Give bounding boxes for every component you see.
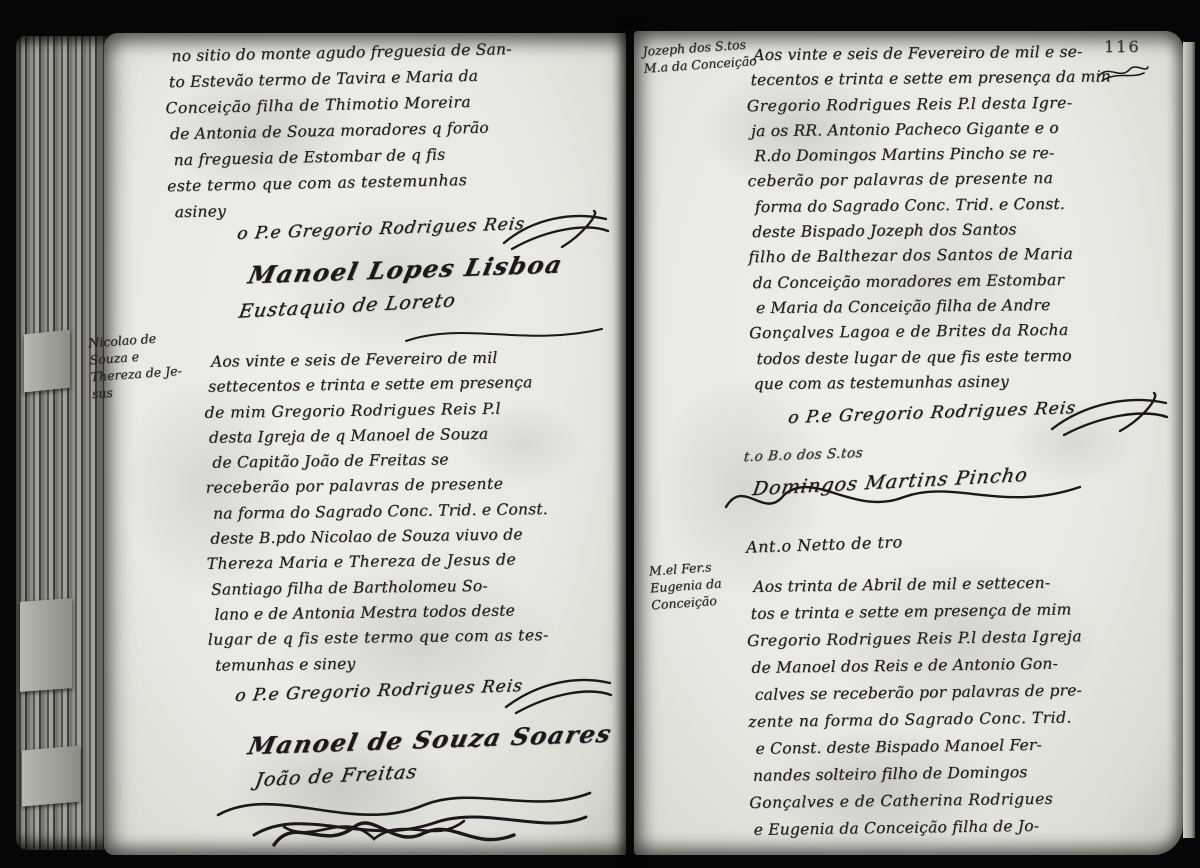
- witness-signature: João de Freitas: [253, 761, 419, 791]
- right-record2-paragraph: Aos trinta de Abril de mil e settecen-to…: [750, 568, 1174, 844]
- priest-signature: o P.e Gregorio Rodrigues Reis: [787, 398, 1078, 428]
- manuscript-text-line: temunhas e siney: [215, 648, 612, 679]
- manuscript-text-line: que com as testemunhas asiney: [754, 368, 1169, 398]
- witness-signature: t.o B.o dos S.tos: [743, 445, 864, 465]
- left-manuscript-page: no sitio do monte agudo freguesia de San…: [104, 33, 628, 855]
- page-edge-tab: [24, 330, 70, 393]
- book-gutter: [626, 28, 634, 858]
- right-record1-paragraph: Aos vinte e seis de Fevereiro de mil e s…: [750, 39, 1169, 397]
- book-page-edges: [16, 36, 106, 850]
- left-margin-note-couple-names: Nicolao deSouza eThereza de Je-sus: [88, 328, 188, 402]
- right-manuscript-page: 116 Jozeph dos S.tosM.a da Conceição Aos…: [634, 31, 1183, 855]
- right-margin-note-couple-names: Jozeph dos S.tosM.a da Conceição: [642, 35, 754, 77]
- page-edge-tab: [20, 598, 72, 692]
- priest-signature: o P.e Gregorio Rodrigues Reis: [234, 676, 525, 706]
- left-record2-paragraph: Aos vinte e seis de Fevereiro de milsett…: [208, 344, 613, 678]
- right-page-edges: [1183, 42, 1195, 838]
- record-heading: Ant.o Netto de tro: [746, 532, 903, 556]
- left-record1-paragraph: no sitio do monte agudo freguesia de San…: [168, 35, 582, 226]
- witness-signature: Eustaquio de Loreto: [237, 289, 457, 322]
- witness-signature: Manoel de Souza Soares: [245, 719, 615, 761]
- page-edge-tab: [22, 745, 80, 806]
- right-margin-note-couple-names: M.el Fer.sEugenia daConceição: [648, 556, 751, 614]
- microfilm-photograph: no sitio do monte agudo freguesia de San…: [0, 0, 1200, 868]
- witness-signature: Domingos Martins Pincho: [751, 464, 1030, 500]
- witness-signature: Manoel Lopes Lisboa: [246, 250, 566, 290]
- manuscript-text-line: tecentos e trinta e sette em presença da…: [750, 64, 1165, 94]
- manuscript-text-line: e Eugenia da Conceição filha de Jo-: [754, 811, 1174, 844]
